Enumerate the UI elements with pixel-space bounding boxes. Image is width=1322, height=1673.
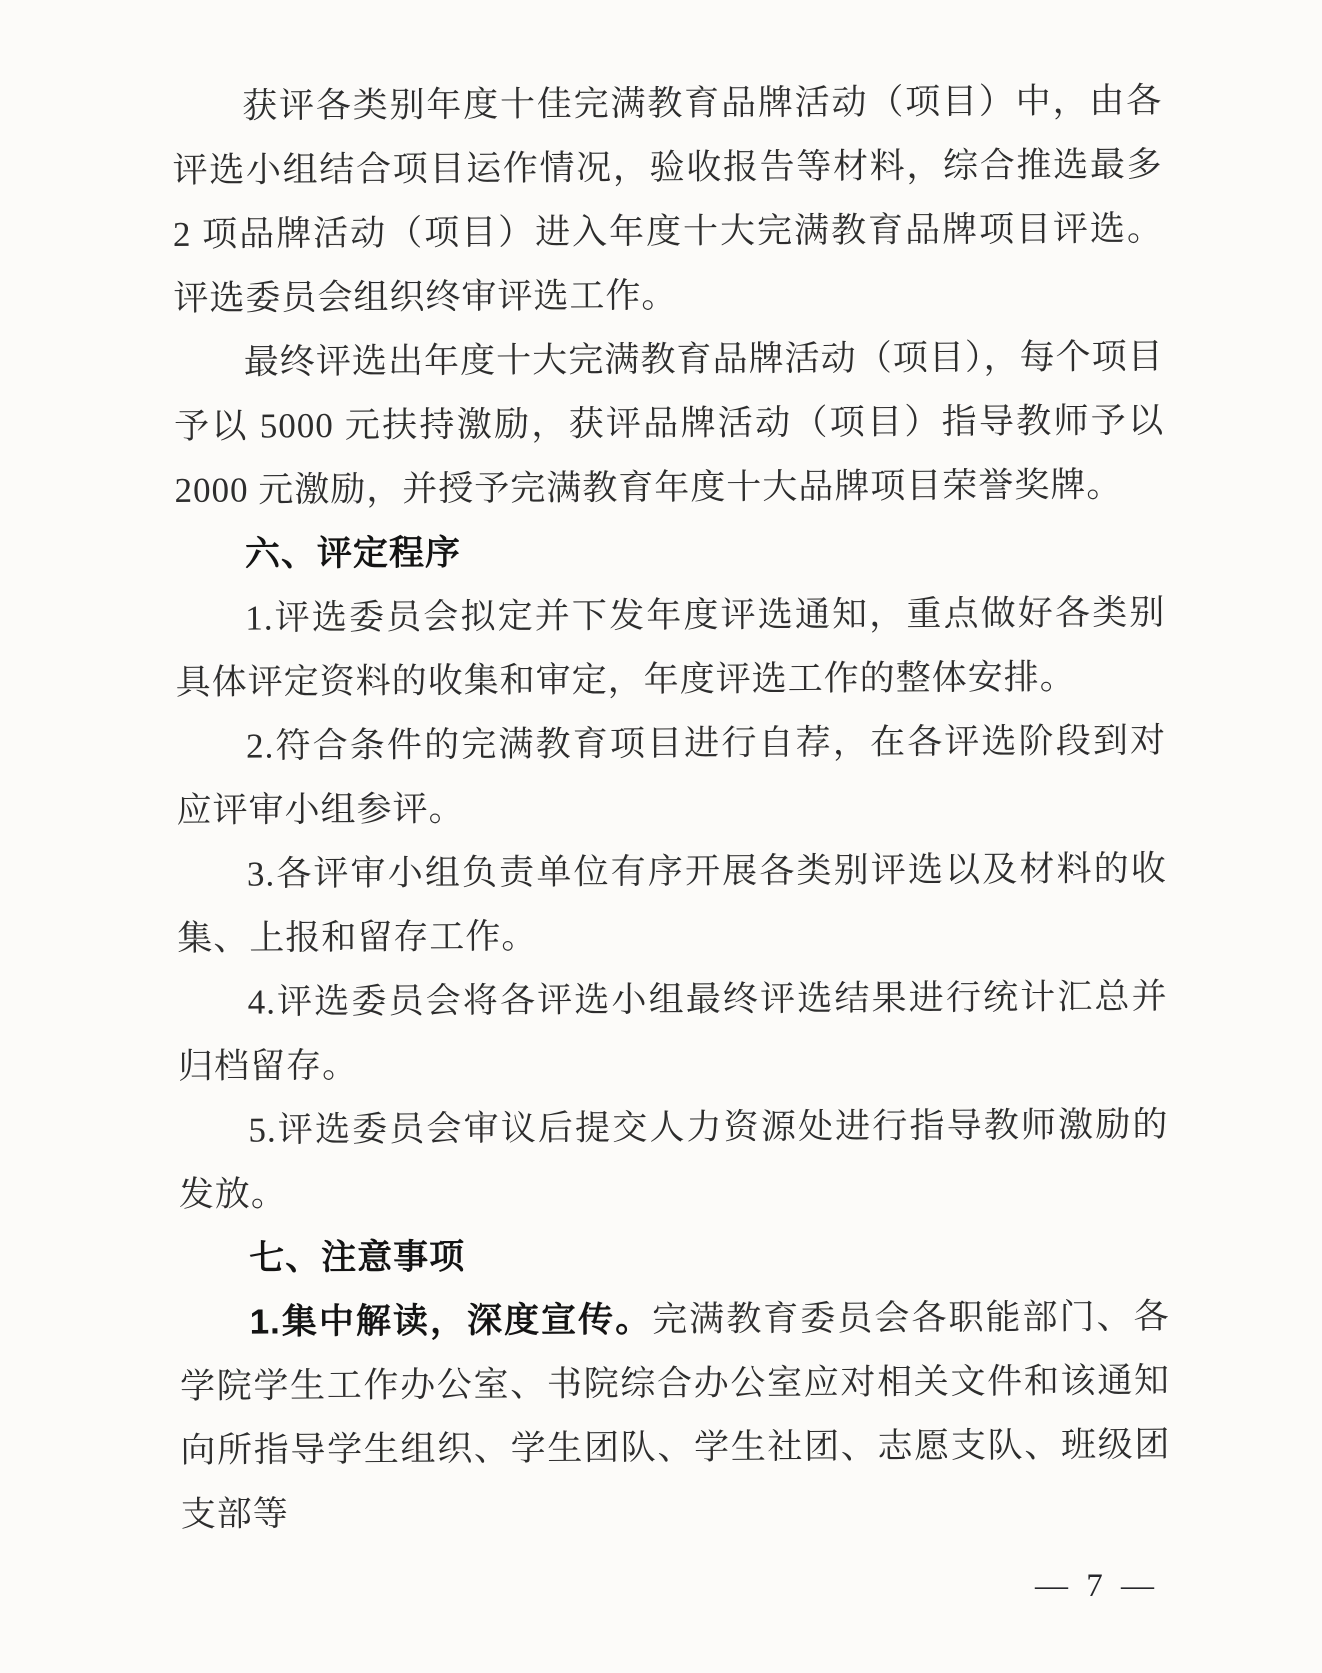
document-body: 获评各类别年度十佳完满教育品牌活动（项目）中，由各评选小组结合项目运作情况，验收… (172, 69, 1171, 1547)
document-page: 获评各类别年度十佳完满教育品牌活动（项目）中，由各评选小组结合项目运作情况，验收… (0, 0, 1322, 1673)
section-heading-notes: 七、注意事项 (179, 1221, 1169, 1291)
paragraph-procedure-step-5: 5.评选委员会审议后提交人力资源处进行指导教师激励的发放。 (178, 1093, 1169, 1227)
paragraph-procedure-step-1: 1.评选委员会拟定并下发年度评选通知，重点做好各类别具体评定资料的收集和审定，年… (175, 581, 1166, 715)
paragraph-procedure-step-2: 2.符合条件的完满教育项目进行自荐，在各评选阶段到对应评审小组参评。 (176, 709, 1167, 843)
paragraph-note-1-lead: 1.集中解读，深度宣传。 (250, 1300, 653, 1341)
paragraph-procedure-step-4: 4.评选委员会将各评选小组最终评选结果进行统计汇总并归档留存。 (177, 965, 1168, 1099)
paragraph-award-selection: 获评各类别年度十佳完满教育品牌活动（项目）中，由各评选小组结合项目运作情况，验收… (172, 69, 1164, 331)
paragraph-procedure-step-3: 3.各评审小组负责单位有序开展各类别评选以及材料的收集、上报和留存工作。 (177, 837, 1168, 971)
section-heading-evaluation-procedure: 六、评定程序 (175, 517, 1165, 587)
paragraph-note-1: 1.集中解读，深度宣传。完满教育委员会各职能部门、各学院学生工作办公室、书院综合… (179, 1285, 1171, 1547)
paragraph-final-awards: 最终评选出年度十大完满教育品牌活动（项目），每个项目予以 5000 元扶持激励，… (174, 325, 1165, 523)
page-number: — 7 — (1035, 1566, 1159, 1606)
